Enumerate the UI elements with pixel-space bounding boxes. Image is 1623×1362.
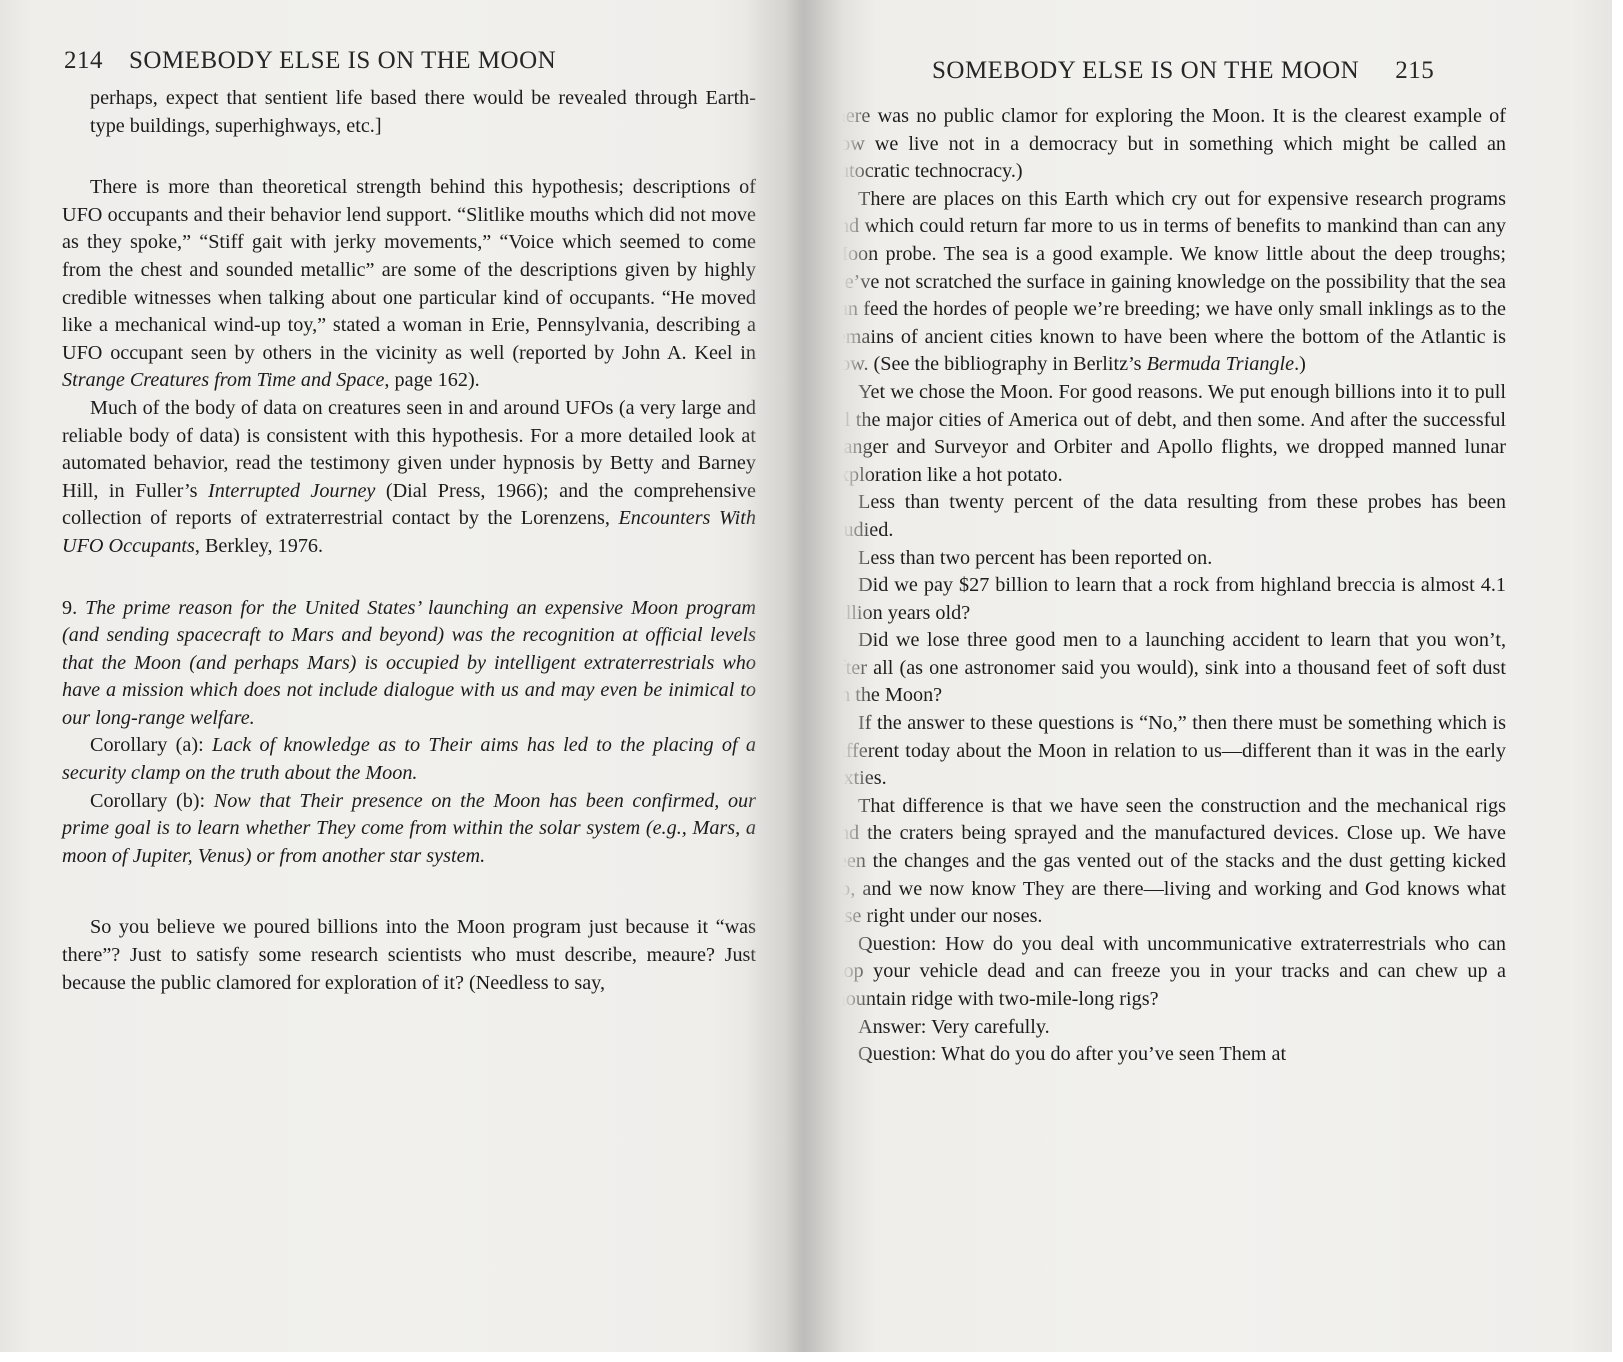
paragraph: perhaps, expect that sentient life based… bbox=[90, 85, 756, 140]
corollary-b: Corollary (b): Now that Their presence o… bbox=[62, 788, 756, 871]
answer-paragraph: Answer: Very carefully. bbox=[830, 1014, 1506, 1042]
page-number-left: 214 bbox=[64, 47, 103, 74]
page-number-right: 215 bbox=[1395, 57, 1434, 84]
numbered-thesis: 9. The prime reason for the United State… bbox=[62, 595, 756, 733]
paragraph: That difference is that we have seen the… bbox=[830, 793, 1506, 931]
paragraph: Did we lose three good men to a launchin… bbox=[830, 627, 1506, 710]
right-page-body: there was no public clamor for exploring… bbox=[830, 103, 1506, 1069]
paragraph: Yet we chose the Moon. For good reasons.… bbox=[830, 379, 1506, 489]
book-spread: 214SOMEBODY ELSE IS ON THE MOON perhaps,… bbox=[0, 0, 1612, 1352]
paragraph: Less than twenty percent of the data res… bbox=[830, 489, 1506, 544]
corollary-a: Corollary (a): Lack of knowledge as to T… bbox=[62, 732, 756, 787]
paragraph: There is more than theoretical strength … bbox=[62, 174, 756, 395]
left-page: 214SOMEBODY ELSE IS ON THE MOON perhaps,… bbox=[0, 0, 790, 1352]
book-title-italic: Bermuda Triangle bbox=[1147, 353, 1294, 375]
paragraph: Did we pay $27 billion to learn that a r… bbox=[830, 572, 1506, 627]
question-paragraph: Question: What do you do after you’ve se… bbox=[830, 1041, 1506, 1069]
book-title-italic: Interrupted Journey bbox=[208, 480, 375, 502]
paragraph: If the answer to these questions is “No,… bbox=[830, 710, 1506, 793]
left-running-head: 214SOMEBODY ELSE IS ON THE MOON bbox=[64, 47, 556, 75]
running-head-title-left: SOMEBODY ELSE IS ON THE MOON bbox=[129, 47, 556, 74]
right-page: SOMEBODY ELSE IS ON THE MOON215 there wa… bbox=[790, 0, 1612, 1352]
running-head-title-right: SOMEBODY ELSE IS ON THE MOON bbox=[932, 57, 1359, 84]
paragraph: there was no public clamor for exploring… bbox=[830, 103, 1506, 186]
book-title-italic: Strange Creatures from Time and Space bbox=[62, 369, 384, 391]
question-paragraph: Question: How do you deal with uncommuni… bbox=[830, 931, 1506, 1014]
paragraph: Less than two percent has been reported … bbox=[830, 545, 1506, 573]
left-page-body: perhaps, expect that sentient life based… bbox=[90, 85, 756, 997]
paragraph: Much of the body of data on creatures se… bbox=[62, 395, 756, 561]
paragraph: There are places on this Earth which cry… bbox=[830, 186, 1506, 379]
right-running-head: SOMEBODY ELSE IS ON THE MOON215 bbox=[932, 57, 1434, 85]
paragraph: So you believe we poured billions into t… bbox=[62, 914, 756, 997]
